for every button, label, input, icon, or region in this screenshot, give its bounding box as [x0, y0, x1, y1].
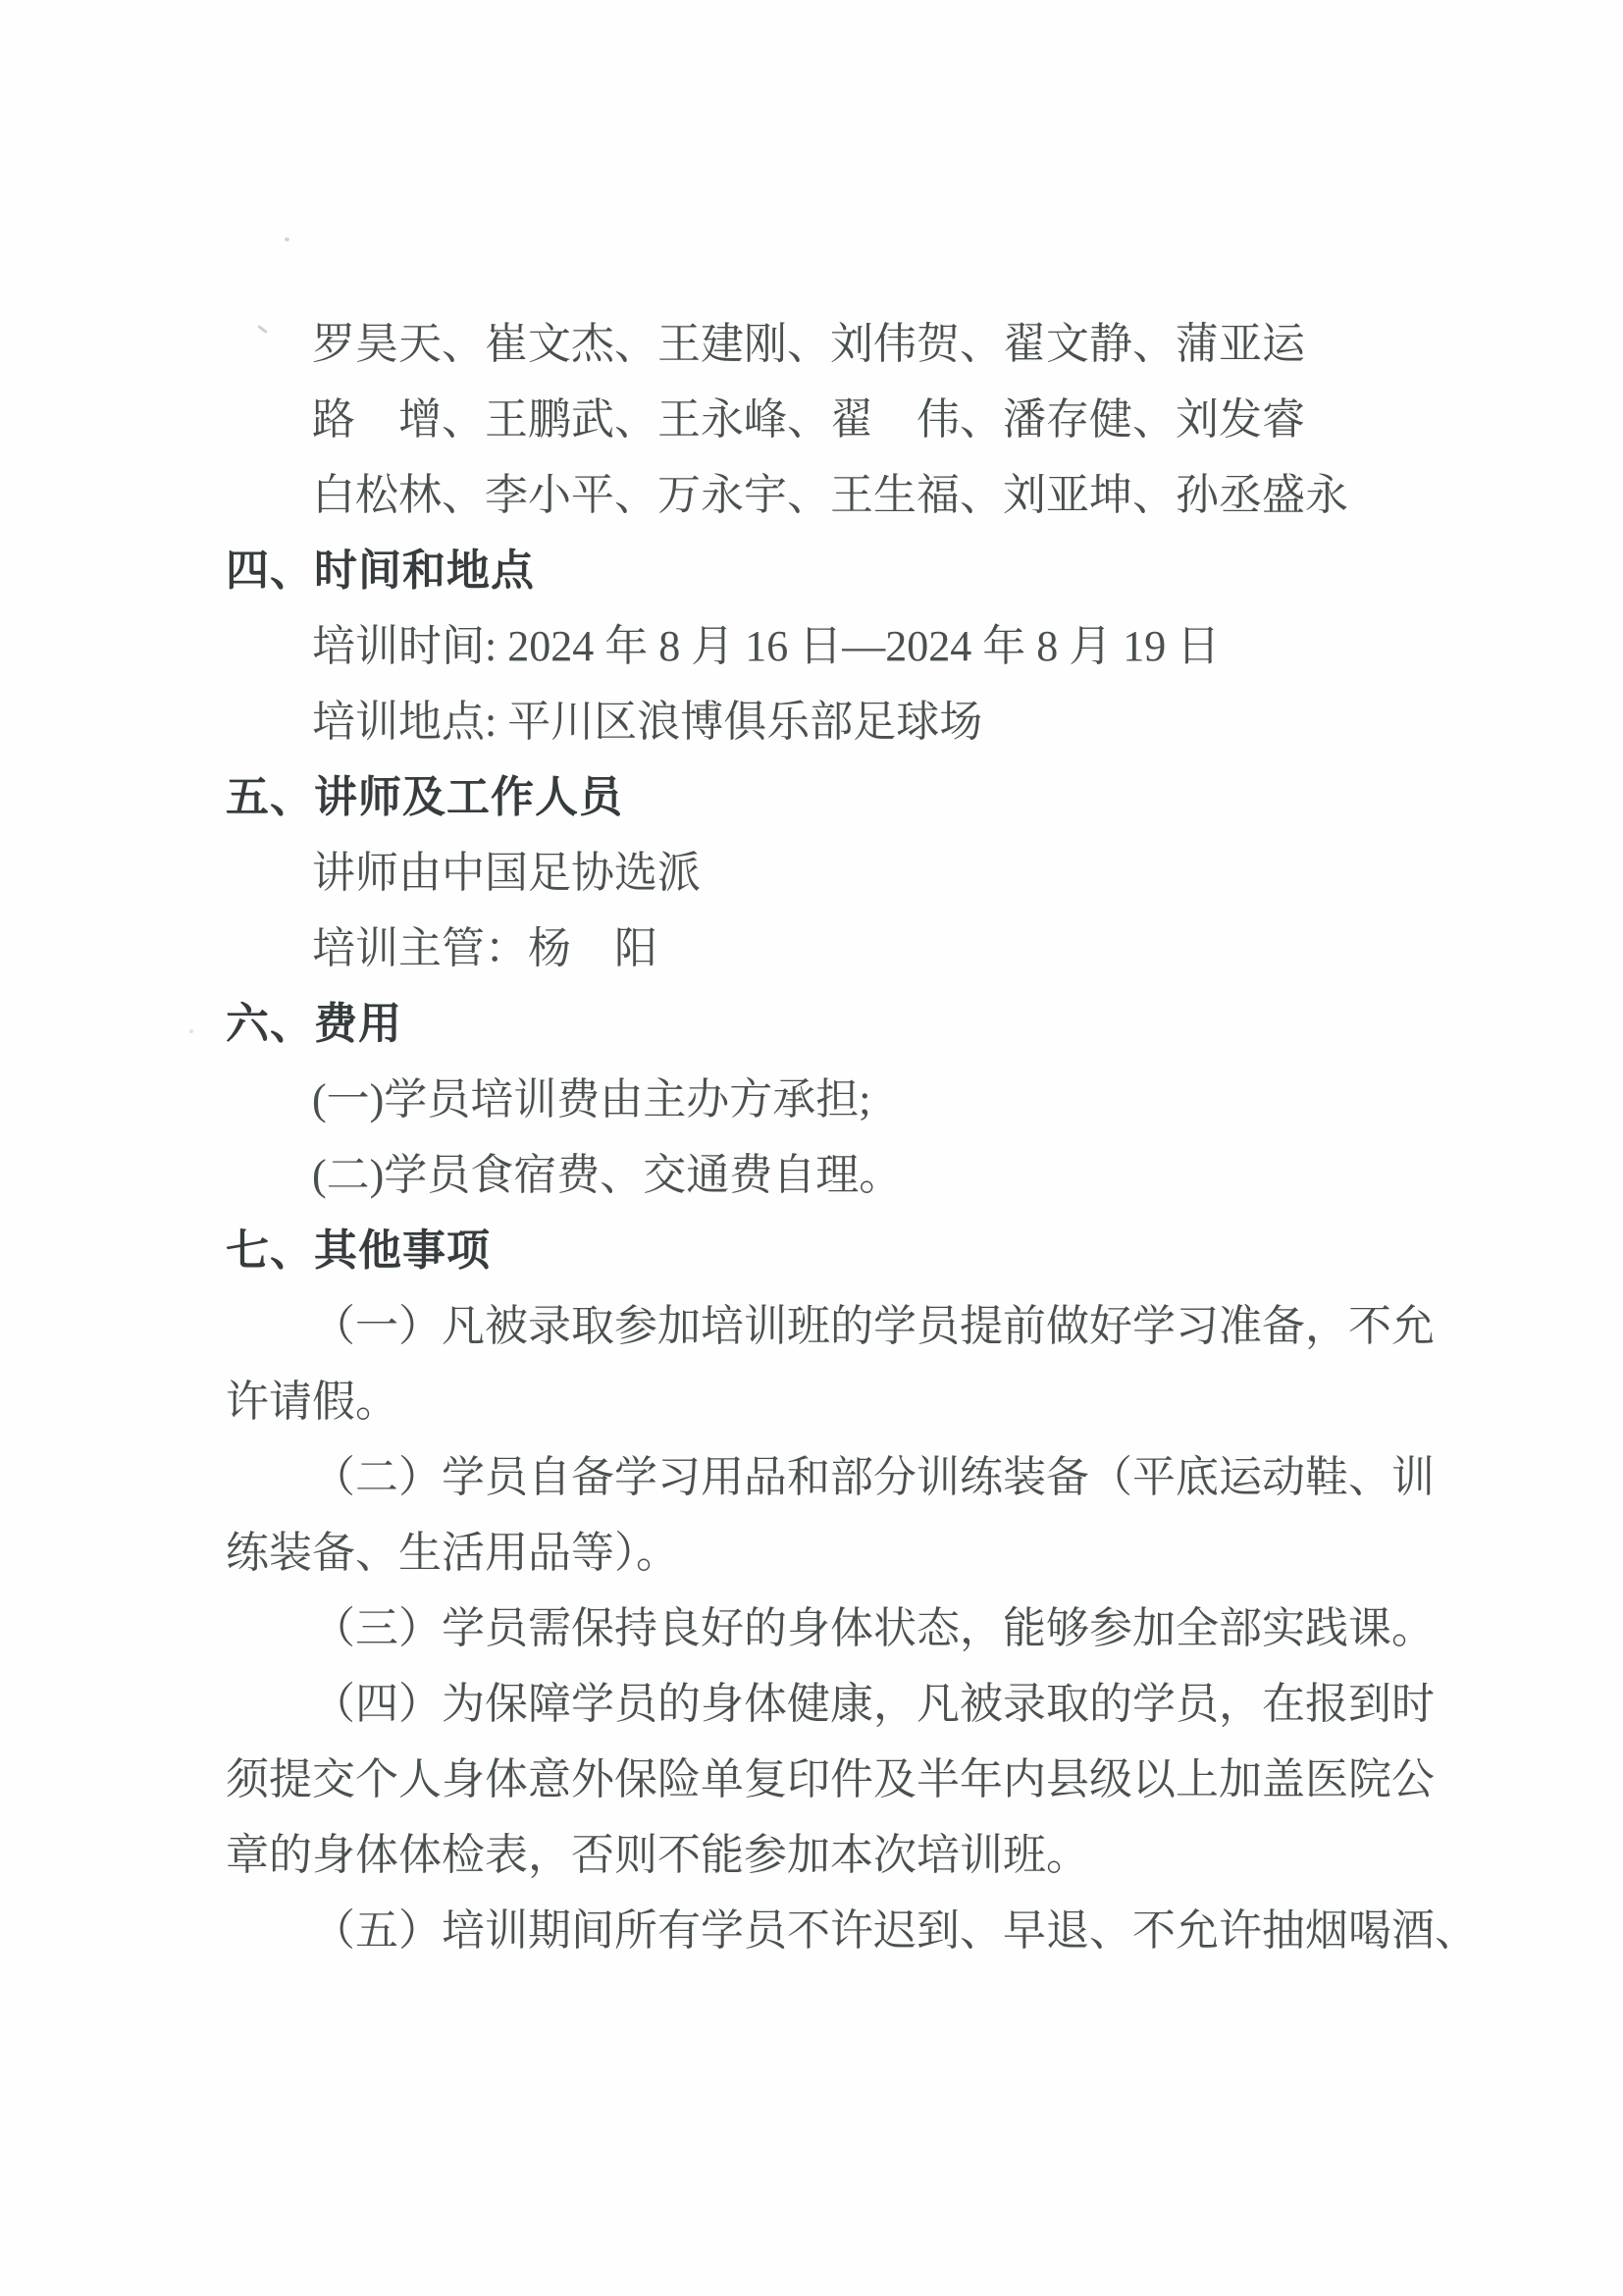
trainee-names-line-2: 路 增、王鹏武、王永峰、翟 伟、潘存健、刘发睿: [226, 382, 1492, 457]
section-heading-other: 七、其他事项: [226, 1213, 1492, 1288]
document-page: 罗昊天、崔文杰、王建刚、刘伟贺、翟文静、蒲亚运 路 增、王鹏武、王永峰、翟 伟、…: [0, 0, 1623, 2296]
fee-item-1: (一)学员培训费由主办方承担;: [226, 1062, 1492, 1137]
training-supervisor-line: 培训主管：杨 阳: [226, 911, 1492, 986]
note-1-line-2: 许请假。: [226, 1364, 1492, 1439]
note-1-line-1: （一）凡被录取参加培训班的学员提前做好学习准备，不允: [226, 1288, 1492, 1364]
section-heading-fees: 六、费用: [226, 986, 1492, 1062]
training-location-line: 培训地点: 平川区浪博俱乐部足球场: [226, 684, 1492, 759]
note-4-line-3: 章的身体体检表，否则不能参加本次培训班。: [226, 1817, 1492, 1893]
trainee-names-line-1: 罗昊天、崔文杰、王建刚、刘伟贺、翟文静、蒲亚运: [226, 306, 1492, 382]
note-3-line: （三）学员需保持良好的身体状态，能够参加全部实践课。: [226, 1591, 1492, 1666]
note-4-line-1: （四）为保障学员的身体健康，凡被录取的学员，在报到时: [226, 1666, 1492, 1742]
training-time-line: 培训时间: 2024 年 8 月 16 日—2024 年 8 月 19 日: [226, 608, 1492, 684]
scan-speck: [285, 237, 289, 241]
note-2-line-1: （二）学员自备学习用品和部分训练装备（平底运动鞋、训: [226, 1439, 1492, 1515]
document-content: 罗昊天、崔文杰、王建刚、刘伟贺、翟文静、蒲亚运 路 增、王鹏武、王永峰、翟 伟、…: [226, 306, 1492, 1968]
note-2-line-2: 练装备、生活用品等）。: [226, 1515, 1492, 1591]
note-4-line-2: 须提交个人身体意外保险单复印件及半年内县级以上加盖医院公: [226, 1742, 1492, 1817]
note-5-line: （五）培训期间所有学员不许迟到、早退、不允许抽烟喝酒、: [226, 1893, 1492, 1968]
section-heading-time-place: 四、时间和地点: [226, 533, 1492, 608]
fee-item-2: (二)学员食宿费、交通费自理。: [226, 1137, 1492, 1213]
section-heading-lecturers: 五、讲师及工作人员: [226, 759, 1492, 835]
scan-speck: [189, 1029, 193, 1033]
trainee-names-line-3: 白松林、李小平、万永宇、王生福、刘亚坤、孙丞盛永: [226, 457, 1492, 533]
lecturer-source-line: 讲师由中国足协选派: [226, 835, 1492, 911]
